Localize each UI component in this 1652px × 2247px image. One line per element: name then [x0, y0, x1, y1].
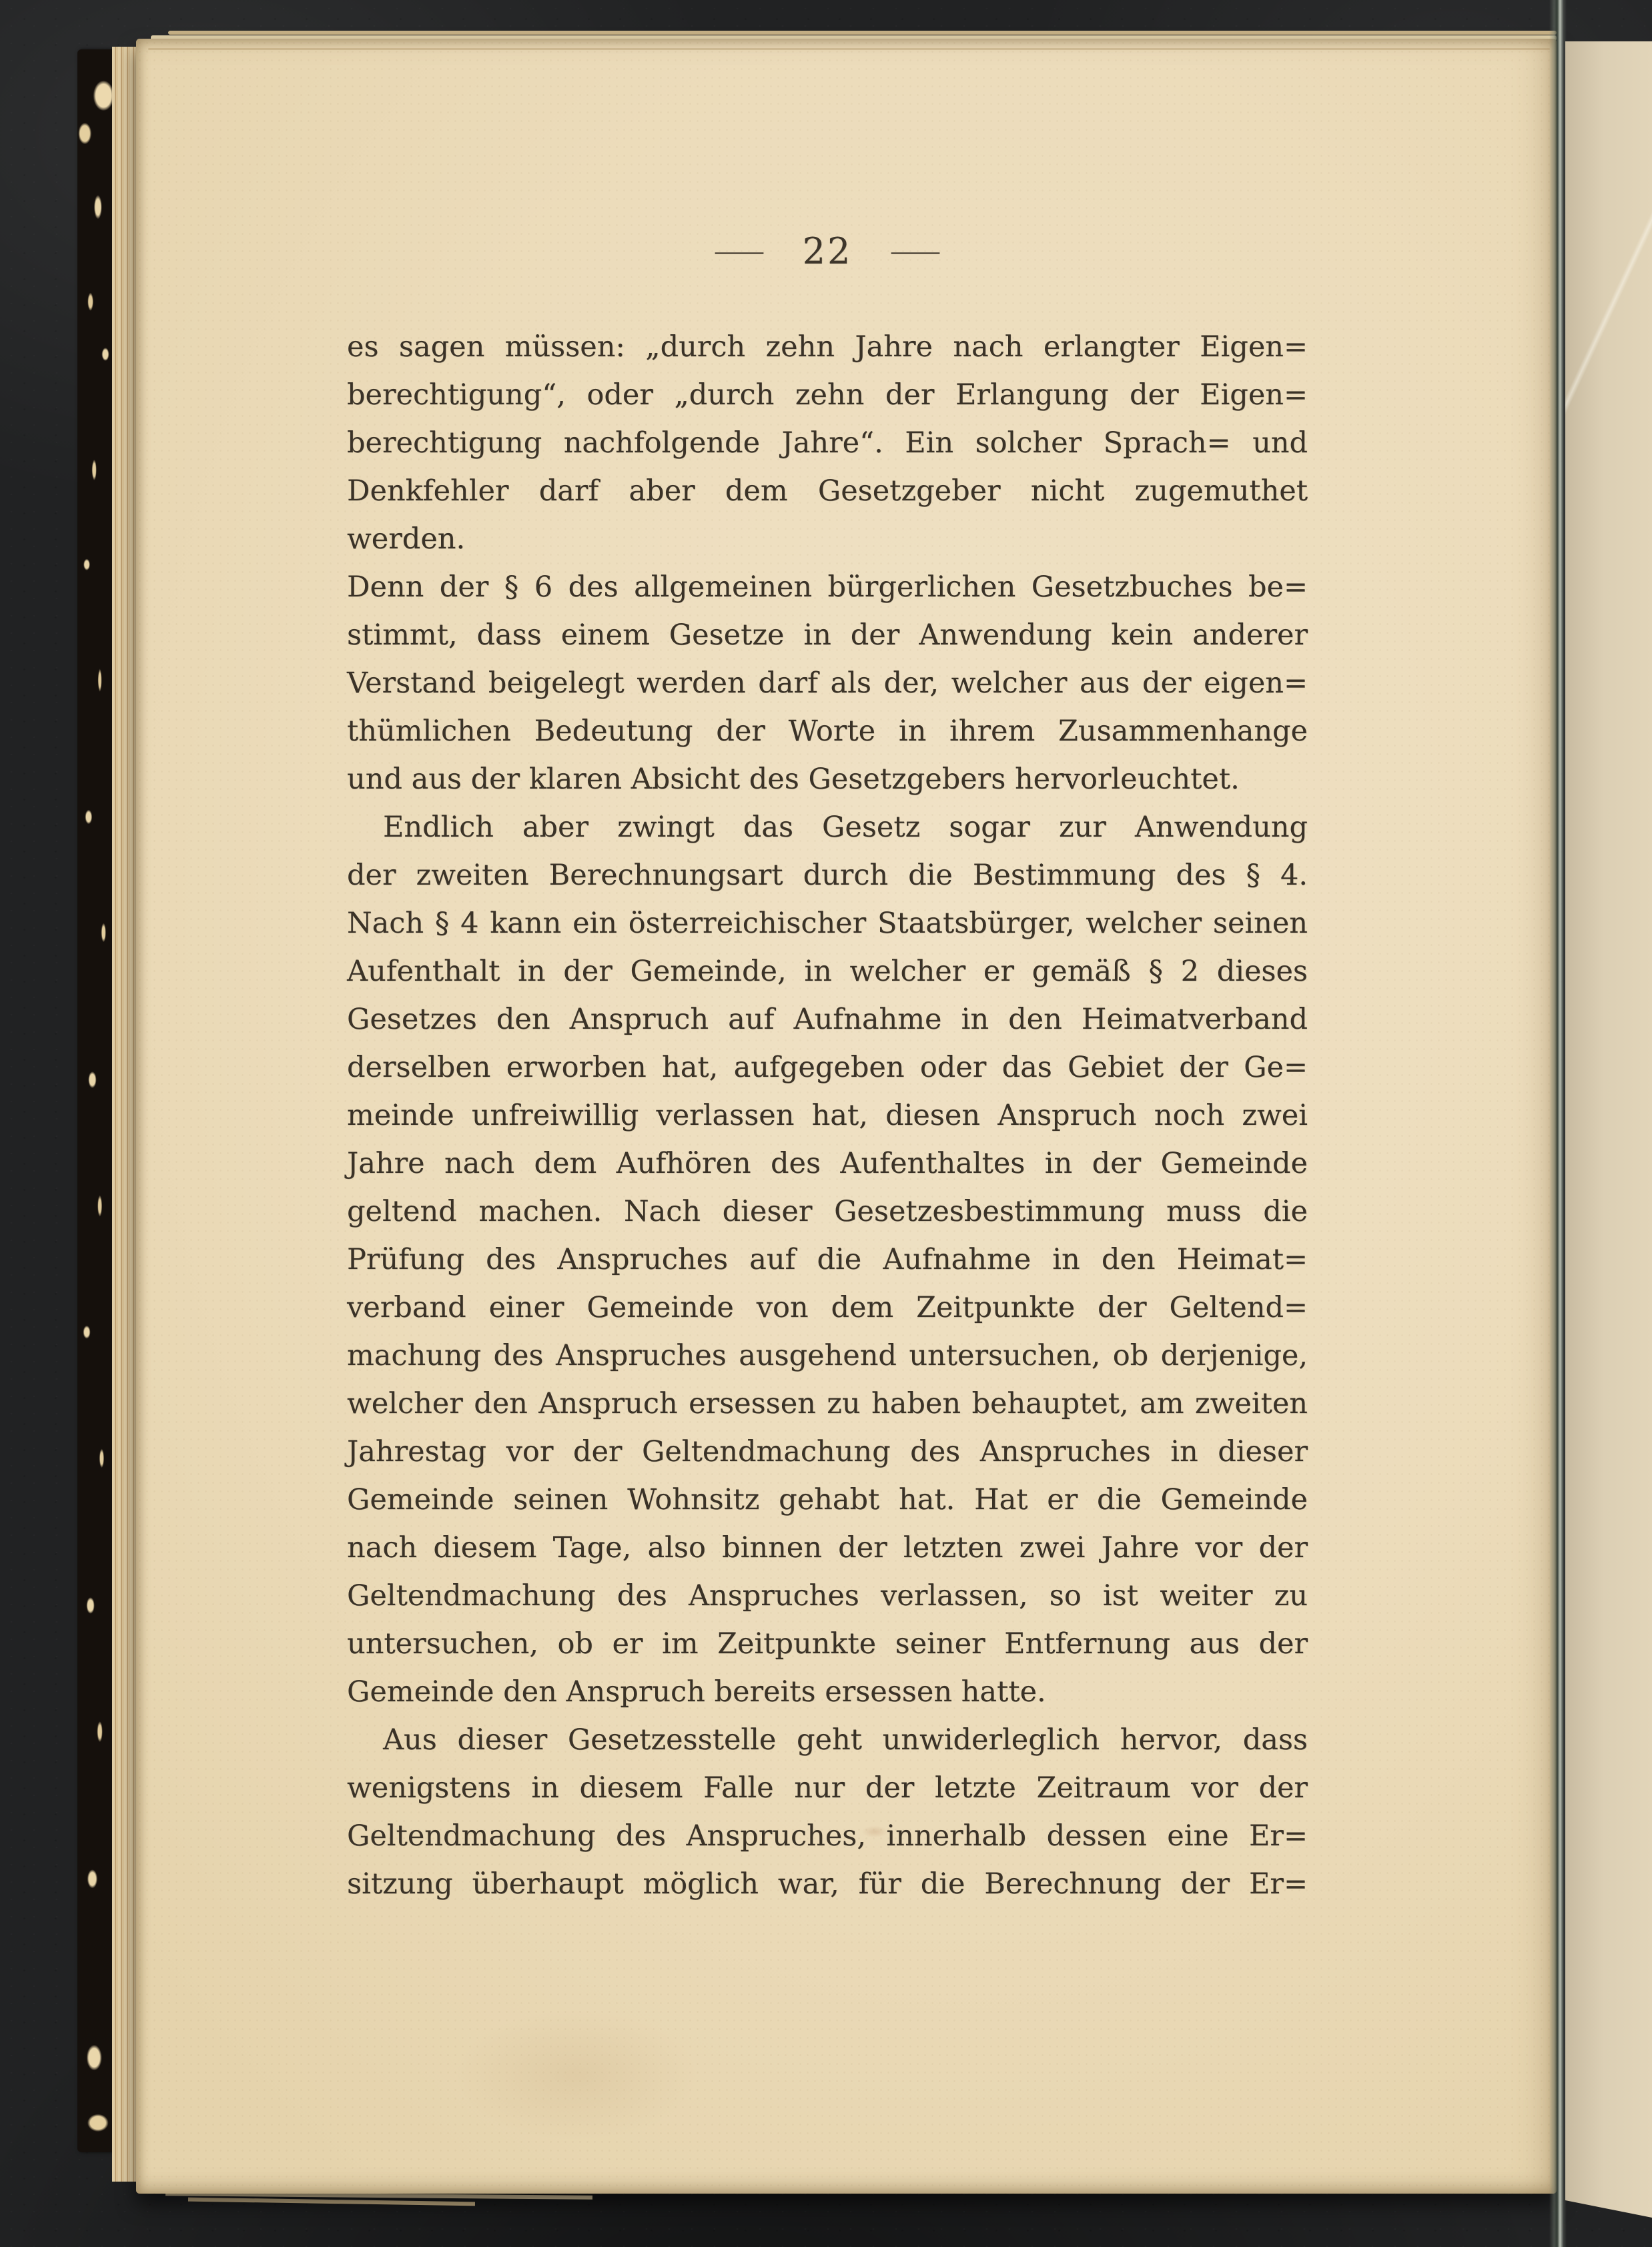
text-line: thümlichen Bedeutung der Worte in ihrem …	[347, 707, 1308, 755]
text-line: Endlich aber zwingt das Gesetz sogar zur…	[347, 803, 1308, 851]
text-line: nach diesem Tage, also binnen der letzte…	[347, 1524, 1308, 1572]
text-line: berechtigung nachfolgende Jahre“. Ein so…	[347, 419, 1308, 467]
text-line: Prüfung des Anspruches auf die Aufnahme …	[347, 1236, 1308, 1284]
text-line: stimmt, dass einem Gesetze in der Anwend…	[347, 611, 1308, 659]
text-line: Gemeinde den Anspruch bereits ersessen h…	[347, 1668, 1308, 1716]
text-line: es sagen müssen: „durch zehn Jahre nach …	[347, 323, 1308, 371]
page-header: — 22 —	[347, 227, 1308, 275]
facing-page-surface	[1565, 41, 1652, 2218]
text-line: Denkfehler darf aber dem Gesetzgeber nic…	[347, 467, 1308, 563]
text-line: Jahrestag vor der Geltendmachung des Ans…	[347, 1428, 1308, 1476]
text-line: berechtigung“, oder „durch zehn der Erla…	[347, 371, 1308, 419]
text-line: Verstand beigelegt werden darf als der, …	[347, 659, 1308, 707]
text-line: Gemeinde seinen Wohnsitz gehabt hat. Hat…	[347, 1476, 1308, 1524]
text-line: Aus dieser Gesetzesstelle geht unwiderle…	[347, 1716, 1308, 1764]
text-line: machung des Anspruches ausgehend untersu…	[347, 1332, 1308, 1380]
text-line: Gesetzes den Anspruch auf Aufnahme in de…	[347, 995, 1308, 1043]
paragraph: es sagen müssen: „durch zehn Jahre nach …	[347, 323, 1308, 803]
page-edge-stack-top-outer	[168, 31, 1557, 35]
text-line: verband einer Gemeinde von dem Zeitpunkt…	[347, 1284, 1308, 1332]
book-photo: { "page": { "number": "22", "dash": "—" …	[0, 0, 1652, 2247]
text-line: untersuchen, ob er im Zeitpunkte seiner …	[347, 1620, 1308, 1668]
page-number: 22	[803, 230, 853, 272]
paragraph: Endlich aber zwingt das Gesetz sogar zur…	[347, 803, 1308, 1716]
page-edge-stack-left	[112, 47, 139, 2182]
text-line: sitzung überhaupt möglich war, für die B…	[347, 1860, 1308, 1908]
paragraph: Aus dieser Gesetzesstelle geht unwiderle…	[347, 1716, 1308, 1908]
text-line: Aufenthalt in der Gemeinde, in welcher e…	[347, 947, 1308, 995]
marbled-board-edge	[77, 49, 115, 2152]
text-line: welcher den Anspruch ersessen zu haben b…	[347, 1380, 1308, 1428]
header-dash-left: —	[713, 235, 766, 268]
text-line: meinde unfreiwillig verlassen hat, diese…	[347, 1091, 1308, 1140]
header-dash-right: —	[889, 235, 942, 268]
text-line: Jahre nach dem Aufhören des Aufenthaltes…	[347, 1140, 1308, 1188]
text-block: es sagen müssen: „durch zehn Jahre nach …	[347, 323, 1308, 1908]
text-line: Geltendmachung des Anspruches verlassen,…	[347, 1572, 1308, 1620]
book-page: — 22 — es sagen müssen: „durch zehn Jahr…	[136, 39, 1557, 2194]
text-line: Denn der § 6 des allgemeinen bürgerliche…	[347, 563, 1308, 611]
text-line: der zweiten Berechnungsart durch die Bes…	[347, 851, 1308, 899]
text-line: geltend machen. Nach dieser Gesetzesbest…	[347, 1188, 1308, 1236]
text-line: derselben erworben hat, aufgegeben oder …	[347, 1043, 1308, 1091]
page-edge-stack-bottom-inner	[188, 2198, 475, 2206]
glass-edge-reflection	[1549, 0, 1567, 2247]
text-line: Nach § 4 kann ein österreichischer Staat…	[347, 899, 1308, 947]
text-line: und aus der klaren Absicht des Gesetzgeb…	[347, 755, 1308, 803]
text-line: Geltendmachung des Anspruches, innerhalb…	[347, 1812, 1308, 1860]
text-line: wenigstens in diesem Falle nur der letzt…	[347, 1764, 1308, 1812]
